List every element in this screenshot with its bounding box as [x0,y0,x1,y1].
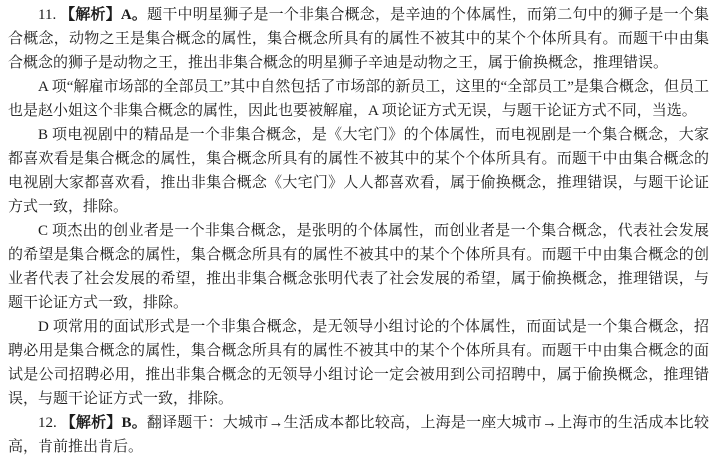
item-11-option-d-analysis: D 项常用的面试形式是一个非集合概念，是无领导小组讨论的个体属性，而面试是一个集… [8,315,709,411]
item-11-option-c-analysis: C 项杰出的创业者是一个非集合概念，是张明的个体属性，而创业者是一个集合概念，代… [8,219,709,315]
document-body: 11. 【解析】A。题干中明星狮子是一个非集合概念，是辛迪的个体属性，而第二句中… [8,3,709,459]
analysis-label-bold-text: A。 [121,7,147,23]
analysis-body-text: 11. [38,7,60,23]
analysis-label-bold-text: 【解析】 [61,415,122,431]
document-page: 11. 【解析】A。题干中明星狮子是一个非集合概念，是辛迪的个体属性，而第二句中… [0,0,716,459]
item-11-analysis-intro: 11. 【解析】A。题干中明星狮子是一个非集合概念，是辛迪的个体属性，而第二句中… [8,3,709,75]
analysis-body-text: D 项常用的面试形式是一个非集合概念，是无领导小组讨论的个体属性，而面试是一个集… [8,319,709,407]
analysis-body-text: B 项电视剧中的精品是一个非集合概念，是《大宅门》的个体属性，而电视剧是一个集合… [8,127,709,215]
item-12-analysis-intro: 12. 【解析】B。翻译题干：大城市→生活成本都比较高，上海是一座大城市→上海市… [8,411,709,459]
analysis-body-text: C 项杰出的创业者是一个非集合概念，是张明的个体属性，而创业者是一个集合概念，代… [8,223,709,311]
item-11-option-b-analysis: B 项电视剧中的精品是一个非集合概念，是《大宅门》的个体属性，而电视剧是一个集合… [8,123,709,219]
analysis-label-bold-text: B。 [122,415,147,431]
analysis-label-bold-text: 【解析】 [60,7,121,23]
analysis-body-text: A 项“解雇市场部的全部员工”其中自然包括了市场部的新员工，这里的“全部员工”是… [8,79,709,119]
analysis-body-text: 12. [38,415,61,431]
item-11-option-a-analysis: A 项“解雇市场部的全部员工”其中自然包括了市场部的新员工，这里的“全部员工”是… [8,75,709,123]
